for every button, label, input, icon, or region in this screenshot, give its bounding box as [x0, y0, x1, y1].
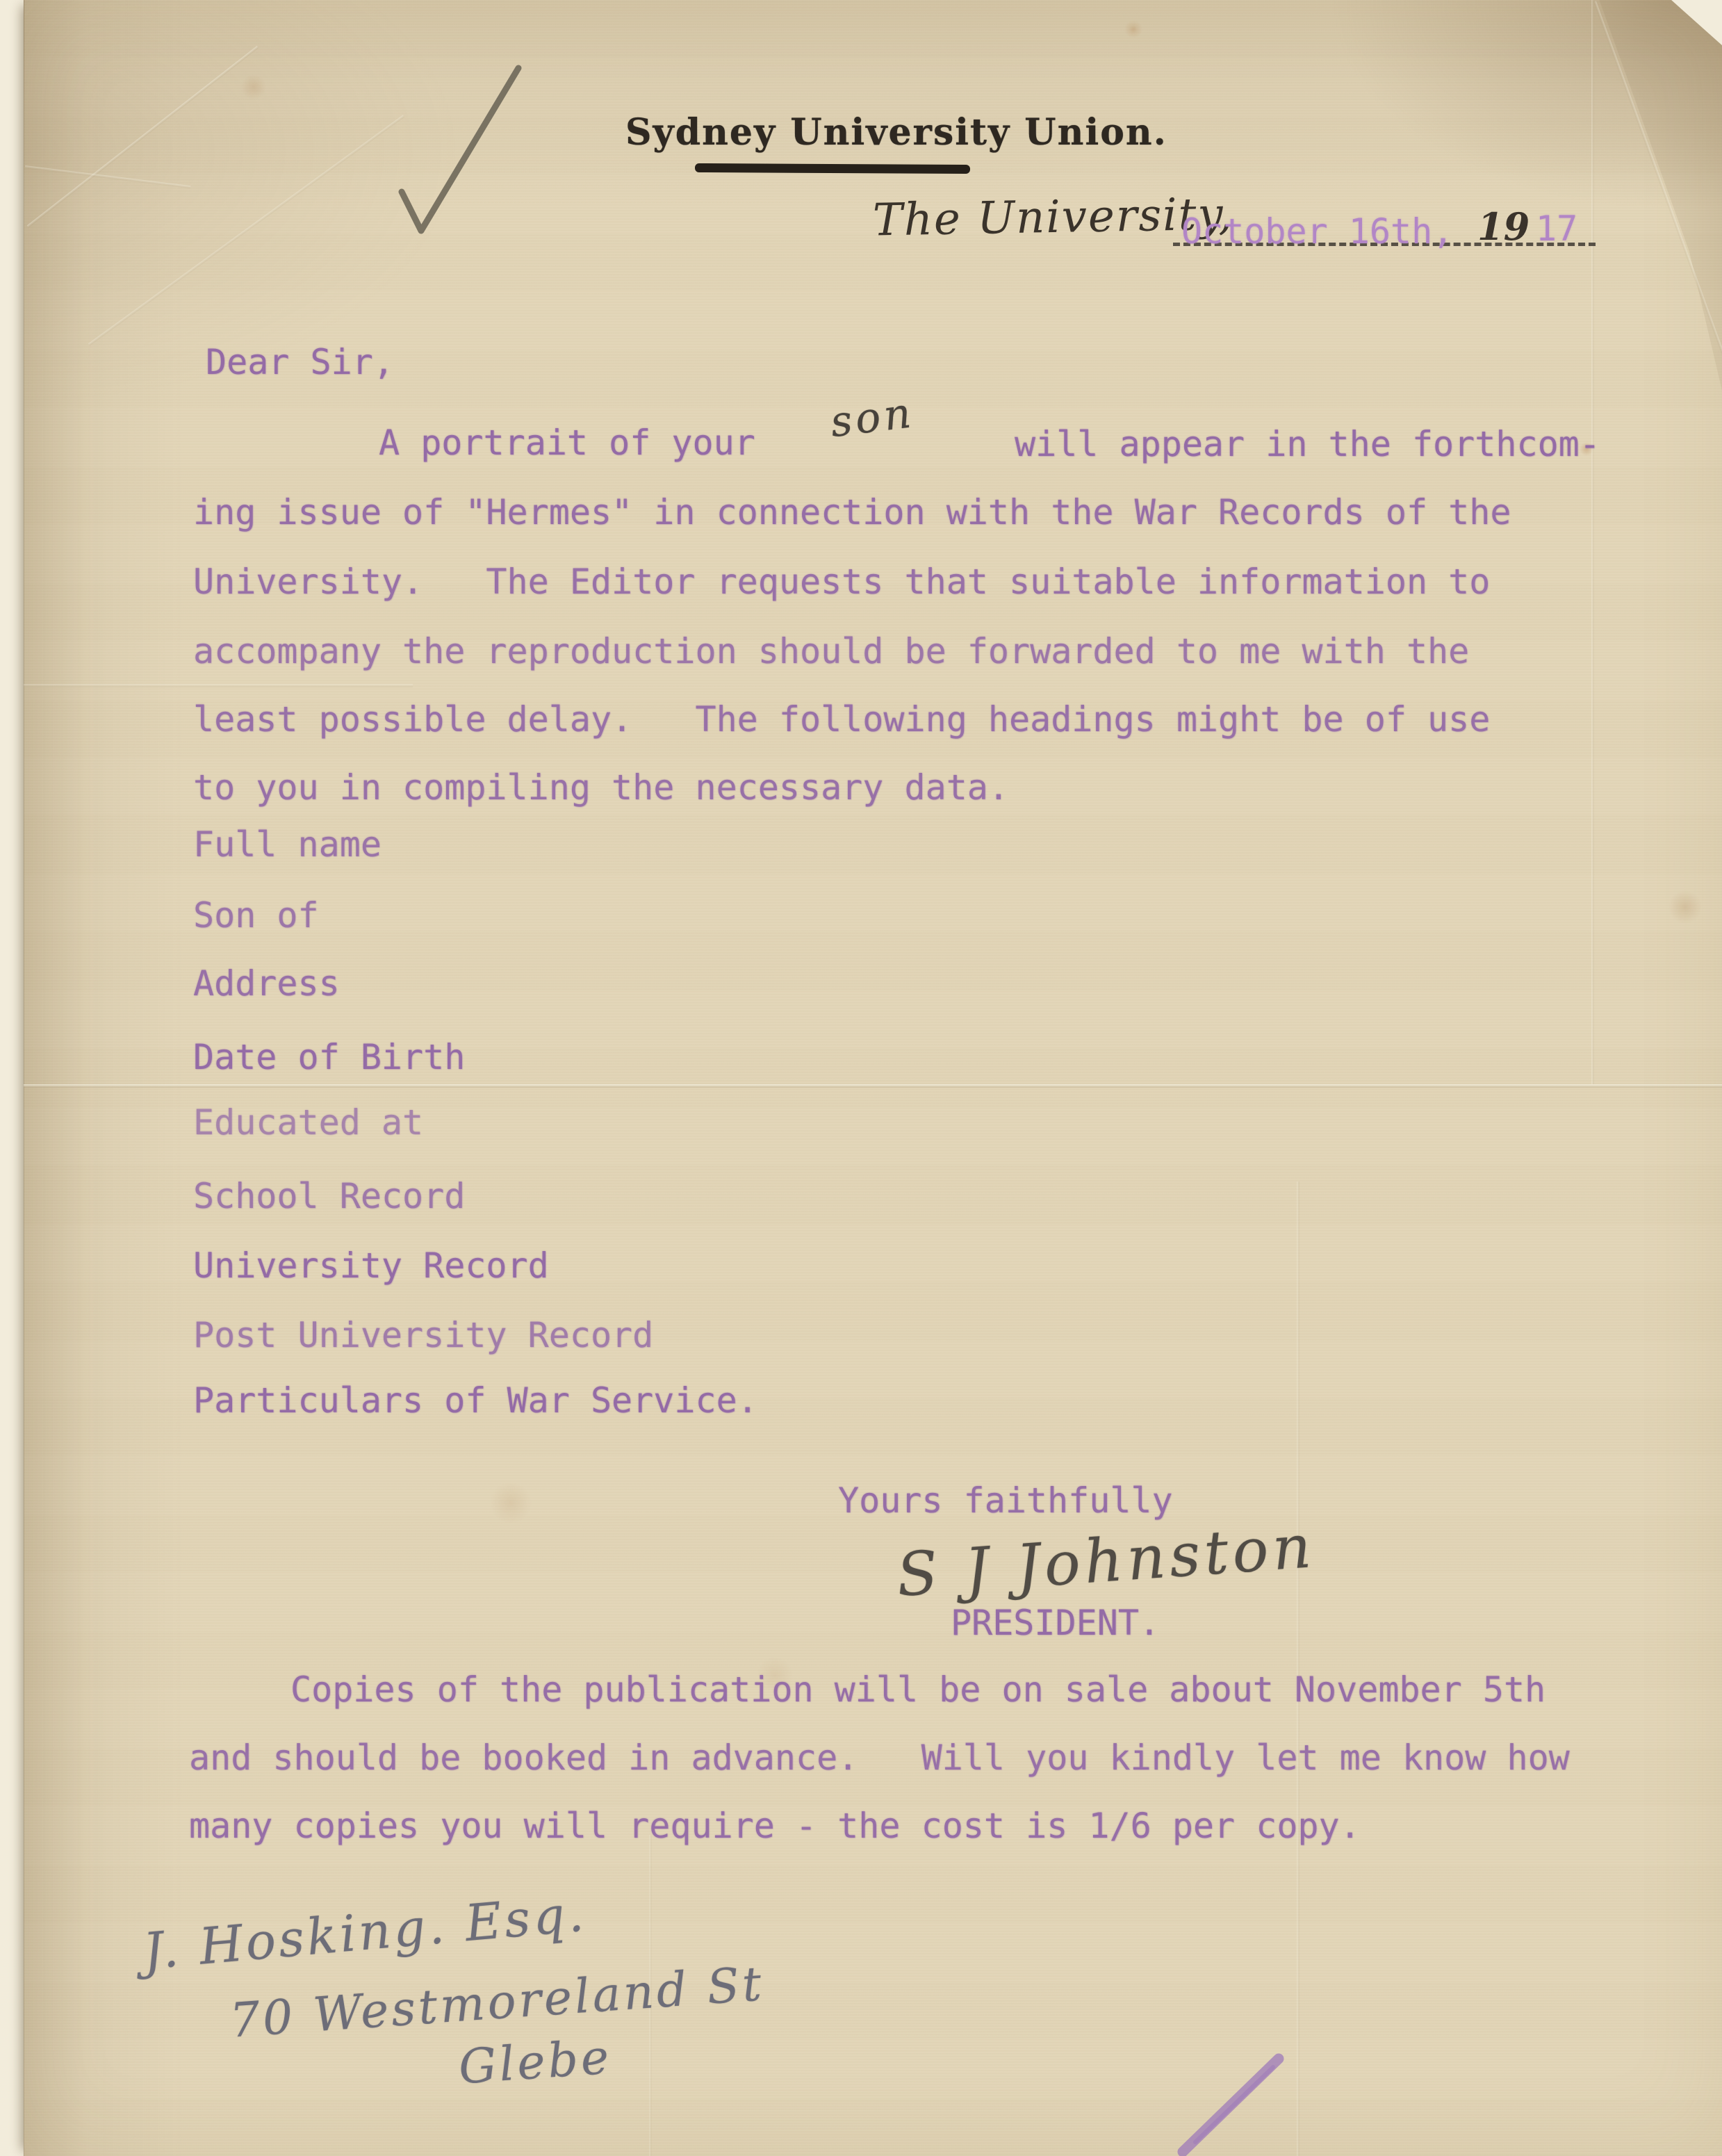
heading-line: Date of Birth [193, 1038, 465, 1076]
typed-line: ing issue of "Hermes" in connection with… [193, 493, 1511, 531]
letterhead-place: The University, [872, 188, 1234, 246]
fold-crease-vertical-lower [1297, 1182, 1299, 2156]
handwritten-insert-son: son [828, 389, 917, 447]
printed-year: 19 [1477, 204, 1530, 249]
heading-line: Full name [193, 826, 382, 863]
typed-line: will appear in the forthcom- [1015, 425, 1600, 463]
typed-year: 17 [1536, 210, 1577, 247]
typed-line: to you in compiling the necessary data. [193, 769, 1009, 806]
heading-line: Address [193, 965, 340, 1002]
signer-title: PRESIDENT. [951, 1604, 1160, 1642]
purple-crayon-mark [1174, 2050, 1293, 2156]
postscript-line: many copies you will require - the cost … [189, 1807, 1361, 1845]
typed-line: University. The Editor requests that sui… [193, 563, 1490, 601]
letterhead-title: Sydney University Union. [625, 111, 1167, 154]
fold-crease-horizontal-middle [24, 1084, 1722, 1088]
letterhead-underline [695, 163, 970, 174]
postscript-line: Copies of the publication will be on sal… [290, 1671, 1545, 1708]
typed-date: October 16th, [1181, 213, 1453, 250]
fold-crease-vertical-upper [1591, 0, 1594, 1084]
heading-line: University Record [193, 1247, 549, 1284]
heading-line: School Record [193, 1177, 465, 1215]
pencil-checkmark-icon [375, 56, 542, 250]
closing: Yours faithfully [838, 1482, 1173, 1519]
heading-line: Post University Record [193, 1316, 653, 1354]
salutation: Dear Sir, [206, 343, 394, 381]
postscript-line: and should be booked in advance. Will yo… [189, 1739, 1570, 1777]
scanned-letter-page: { "document_type": "scanned typewritten … [0, 0, 1722, 2156]
heading-line: Educated at [193, 1104, 423, 1141]
recipient-locality: Glebe [457, 2030, 614, 2095]
heading-line: Son of [193, 897, 319, 934]
top-right-corner-fold [1556, 0, 1722, 393]
typed-line: least possible delay. The following head… [193, 701, 1490, 738]
typed-line: accompany the reproduction should be for… [193, 632, 1469, 670]
heading-line: Particulars of War Service. [193, 1382, 758, 1419]
typed-line: A portrait of your [379, 424, 755, 462]
fold-crease-horizontal-left [24, 684, 413, 687]
